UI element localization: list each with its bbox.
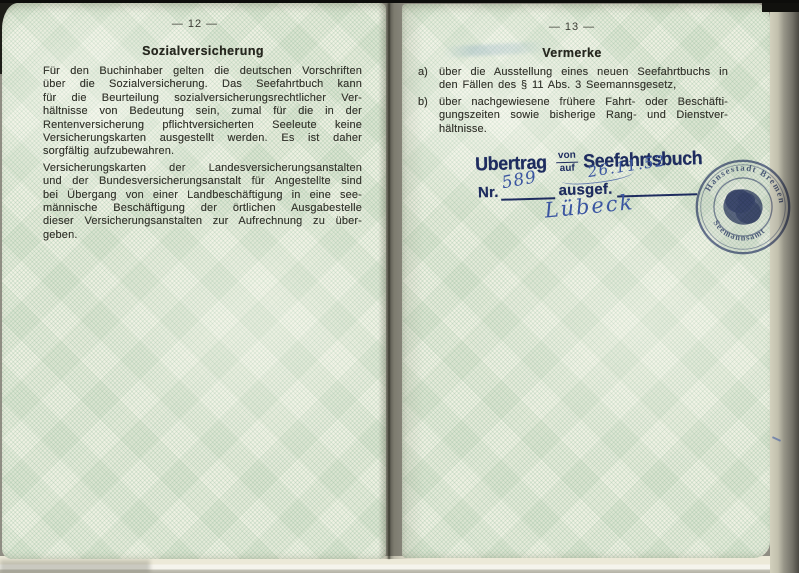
text-line: geben.	[43, 229, 362, 242]
page-13: — 13 — Vermerke a) über die Ausstellung …	[402, 4, 770, 558]
stamp-von-auf-fraction: von auf	[556, 151, 578, 175]
page-13-body: a) über die Ausstellung eines neuen Seef…	[418, 66, 728, 139]
page-12-number: — 12 —	[35, 18, 355, 30]
text-line: für die Beurteilung sozialversicherungsr…	[43, 92, 362, 105]
vermerke-item-b: b) über nachgewiesene frühere Fahrt- ode…	[418, 96, 728, 136]
text-line: dieser Versicherungsanstalten zur Aufrec…	[43, 215, 362, 228]
stamp-nr-label: Nr.	[478, 184, 499, 202]
bottom-edge-shadow	[0, 560, 150, 573]
vermerke-item-a: a) über die Ausstellung eines neuen Seef…	[418, 66, 728, 93]
page-13-number: — 13 —	[416, 21, 728, 33]
text-line: gungszeiten sowie bisherige Rang- und Di…	[439, 109, 728, 122]
text-line: Versicherungskarten ausgestellt werden. …	[43, 132, 362, 145]
text-line: männische Beschäftigung der örtlichen Au…	[43, 202, 362, 215]
item-marker: b)	[418, 96, 428, 109]
scan-top-edge	[0, 0, 799, 3]
text-line: hältnisse von Bedeutung sein, zumal für …	[43, 105, 362, 118]
book-right-edge	[770, 0, 799, 573]
heading-sozialversicherung: Sozialversicherung	[43, 44, 363, 58]
book-fold-line	[388, 3, 390, 559]
text-line: über die Sozialversicherung. Das Seefahr…	[43, 78, 362, 91]
text-line: Versicherungskarten der Landesversicheru…	[43, 162, 362, 175]
item-marker: a)	[418, 66, 428, 79]
text-line: bei Übergang von einer Landbeschäftigung…	[43, 189, 362, 202]
text-line: über die Ausstellung eines neuen Seefahr…	[439, 66, 728, 79]
text-line: hältnisse.	[439, 123, 728, 136]
seefahrtsbuch-scan: — 12 — Sozialversicherung Für den Buchin…	[0, 0, 799, 573]
seemannsamt-bremen-seal: Hansestadt Bremen Seemannsamt	[684, 148, 799, 266]
text-line: sorgfältig aufzubewahren.	[43, 145, 362, 158]
text-line: über nachgewiesene frühere Fahrt- oder B…	[439, 96, 728, 109]
text-line: und der Bundesversicherungsanstalt für A…	[43, 175, 362, 188]
page-12-body: Für den Buchinhaber gelten die deutschen…	[43, 65, 362, 242]
text-line: Für den Buchinhaber gelten die deutschen…	[43, 65, 362, 78]
text-line: den Fällen des § 11 Abs. 3 Seemannsgeset…	[439, 79, 728, 92]
page-12: — 12 — Sozialversicherung Für den Buchin…	[2, 3, 386, 559]
text-line: Rentenversicherung pflichtversicherten S…	[43, 119, 362, 132]
